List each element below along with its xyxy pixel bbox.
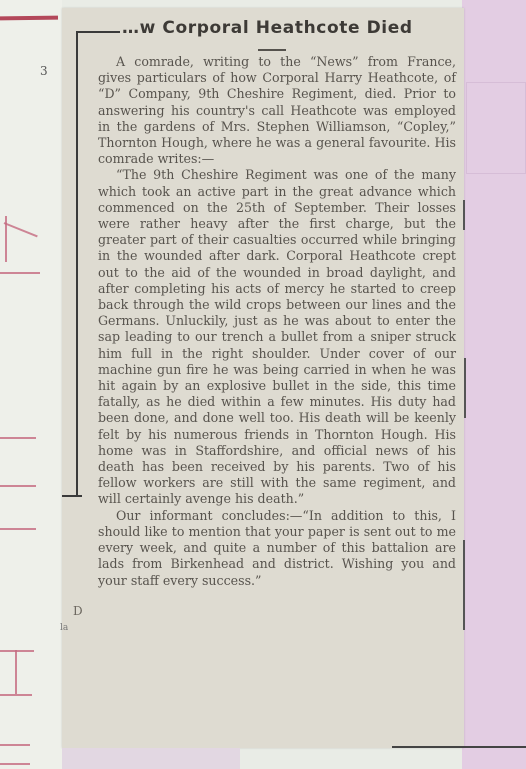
lower-paper-strip	[62, 748, 240, 769]
column-frame-top	[76, 31, 120, 33]
red-ledger-rule-top	[0, 16, 58, 21]
column-frame-left	[76, 31, 78, 496]
red-ledger-line	[5, 216, 7, 262]
article-paragraph: A comrade, writing to the “News” from Fr…	[98, 54, 456, 167]
red-ledger-line	[0, 744, 30, 746]
scrapbook-left-page	[0, 0, 62, 769]
faded-stamp-mark	[466, 82, 526, 174]
margin-note-fragment: la	[60, 623, 68, 633]
article-paragraph: Our informant concludes:—“In addition to…	[98, 508, 456, 589]
bottom-divider-rule	[392, 746, 526, 748]
red-ledger-line	[0, 650, 34, 652]
column-rule-right	[463, 540, 465, 630]
column-frame-foot	[62, 495, 82, 497]
page-number-fragment: 3	[40, 64, 48, 78]
article-paragraph: “The 9th Cheshire Regiment was one of th…	[98, 167, 456, 507]
red-ledger-line	[0, 485, 36, 487]
red-ledger-line	[0, 694, 32, 696]
red-ledger-line	[0, 272, 40, 274]
red-ledger-line	[0, 528, 36, 530]
red-ledger-line	[0, 763, 30, 765]
article-headline: …w Corporal Heathcote Died	[122, 18, 462, 38]
margin-note-letter: D	[73, 604, 83, 618]
column-rule-right	[464, 358, 466, 418]
article-body: A comrade, writing to the “News” from Fr…	[98, 54, 456, 589]
red-ledger-line	[15, 650, 17, 694]
red-ledger-line	[0, 437, 36, 439]
column-rule-right	[463, 200, 465, 230]
headline-divider	[258, 49, 286, 51]
